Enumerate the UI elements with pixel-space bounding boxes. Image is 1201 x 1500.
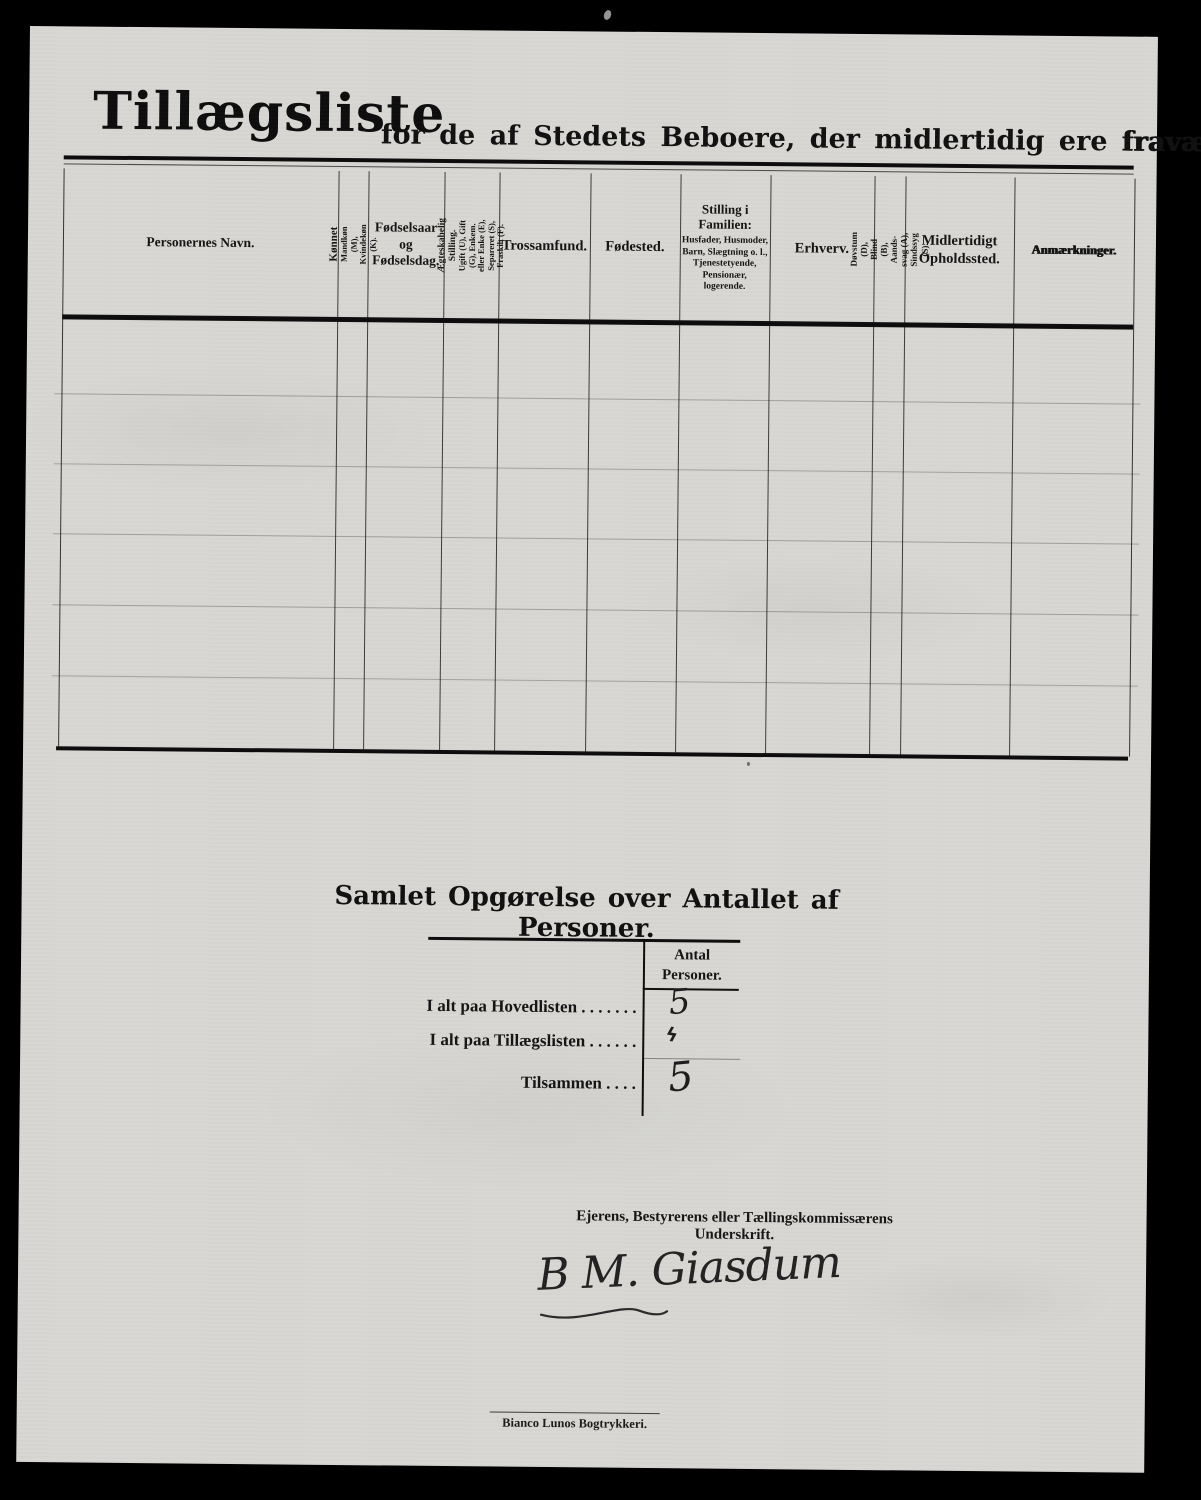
summary-count-header-line: Personer. — [645, 965, 739, 985]
header-label: Stilling i Familien: — [680, 202, 770, 233]
header-label: og — [399, 236, 413, 253]
header-label: Døvstum (D), Blind (B), Aands- — [849, 232, 900, 267]
header-label: Fødselsaar — [375, 219, 437, 236]
column-header-family-position: Stilling i Familien: Husfader, Hus­moder… — [679, 174, 770, 321]
signature-flourish — [538, 1295, 669, 1331]
header-label: Trossamfund. — [502, 236, 587, 255]
header-label: Personernes Navn. — [146, 234, 254, 252]
title-rule-thick — [64, 155, 1134, 169]
header-label: Ægteskabelig Stilling. — [437, 217, 459, 272]
page-subtitle: for de af Stedets Beboere, der midlertid… — [381, 119, 1201, 159]
summary-count-header: Antal Personer. — [645, 946, 739, 986]
column-header-birth: Fødselsaar og Fødselsdag. — [367, 171, 444, 318]
row-rule — [54, 463, 1140, 474]
column-header-religion: Trossamfund. — [498, 173, 590, 320]
subtitle-text: for de af Stedets Beboere, der midlertid… — [381, 119, 1108, 157]
summary-row-total: Tilsammen . . . . — [450, 1072, 636, 1094]
printer-imprint: Bianco Lunos Bogtrykkeri. — [465, 1415, 685, 1432]
column-header-sex: Kønnet Mandkøn (M), Kvindekøn (K). — [337, 171, 368, 317]
header-label: Erhverv. — [795, 239, 850, 258]
header-sublabel: Ugift (U), Gift (G), Enkem. — [458, 218, 478, 273]
signature: B M. Giasdum — [536, 1235, 879, 1335]
column-header-remarks: Anmærkninger. — [1013, 177, 1134, 324]
handwritten-count-mainlist: 5 — [667, 981, 692, 1023]
column-header-temporary-residence: Midlertidigt Opholdssted. — [904, 176, 1014, 323]
row-rule — [54, 393, 1140, 404]
scan-speck — [603, 9, 613, 21]
summary-row-label: I alt paa Tillægslisten — [429, 1030, 585, 1050]
column-header-name: Personernes Navn. — [62, 168, 338, 317]
summary-row-label: Tilsammen — [521, 1073, 602, 1093]
header-label: Anmærkninger. — [1032, 243, 1117, 259]
paper-sheet: Tillægsliste for de af Stedets Beboere, … — [16, 26, 1158, 1473]
summary-count-header-line: Antal — [645, 946, 739, 966]
subtitle-emphasis: fraværende. — [1122, 126, 1201, 159]
summary-header-rule — [643, 988, 739, 991]
table-bottom-rule — [56, 746, 1128, 760]
header-sublabel: eller Enke (E), Separeret (S), — [477, 218, 497, 273]
summary-row-label: I alt paa Hovedlisten — [426, 996, 577, 1016]
row-rule — [52, 604, 1138, 615]
handwritten-tick-supplement: ϟ — [663, 1023, 679, 1047]
printer-rule — [490, 1411, 660, 1414]
handwritten-count-total: 5 — [666, 1053, 696, 1101]
summary-row-mainlist: I alt paa Hovedlisten . . . . . . . — [401, 996, 637, 1018]
dot-leader: . . . . . . — [589, 1031, 636, 1050]
header-label: Fødselsdag. — [372, 253, 439, 271]
summary-row-supplement: I alt paa Tillægslisten . . . . . . — [400, 1030, 636, 1052]
header-label: Fødested. — [605, 237, 664, 256]
header-label: Midlertidigt — [922, 231, 998, 250]
column-header-birthplace: Fødested. — [589, 173, 680, 320]
header-label: Opholdssted. — [919, 250, 1000, 269]
header-sublabel: Husfader, Hus­moder, Barn, Slægtning o. … — [680, 236, 769, 294]
dot-leader: . . . . — [606, 1074, 636, 1093]
summary-heading: Samlet Opgørelse over Antallet af Person… — [261, 880, 912, 946]
column-header-marital: Ægteskabelig Stilling. Ugift (U), Gift (… — [443, 172, 499, 319]
dot-leader: . . . . . . . — [581, 997, 636, 1017]
row-rule — [53, 533, 1139, 544]
scan-speck — [747, 762, 750, 766]
signature-name: B M. Giasdum — [536, 1237, 842, 1301]
row-rule — [52, 675, 1138, 686]
column-header-disability: Døvstum (D), Blind (B), Aands- svag (A),… — [873, 176, 905, 322]
scanned-census-page: Tillægsliste for de af Stedets Beboere, … — [0, 0, 1201, 1500]
